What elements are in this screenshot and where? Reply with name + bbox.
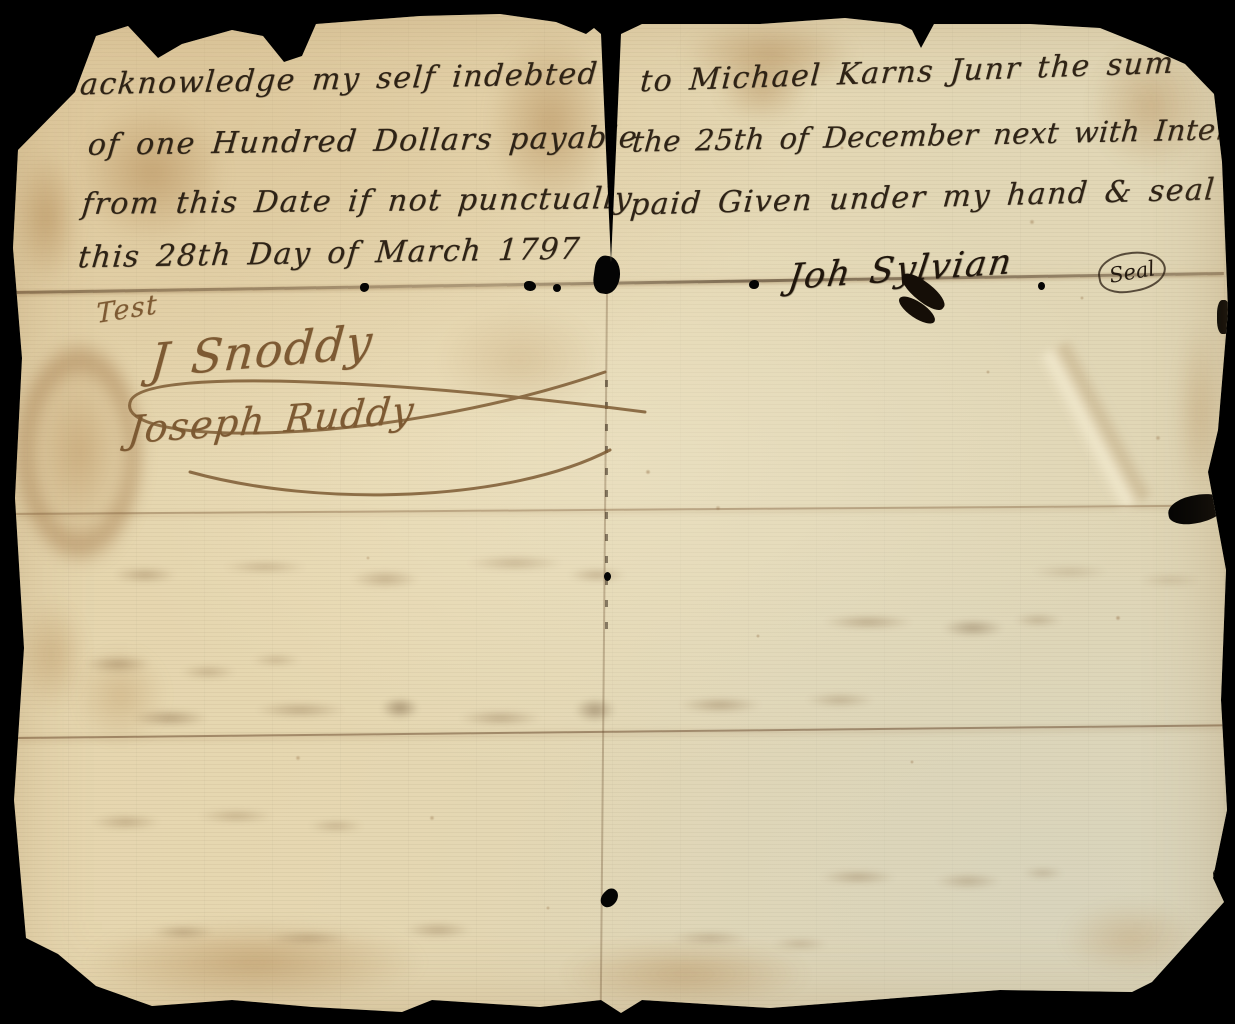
edge-chip: [1213, 868, 1227, 880]
manuscript-paper: acknowledge my self indebted of one Hund…: [0, 0, 1235, 1024]
edge-vignette: [0, 0, 1235, 1024]
scanned-document-canvas: acknowledge my self indebted of one Hund…: [0, 0, 1235, 1024]
